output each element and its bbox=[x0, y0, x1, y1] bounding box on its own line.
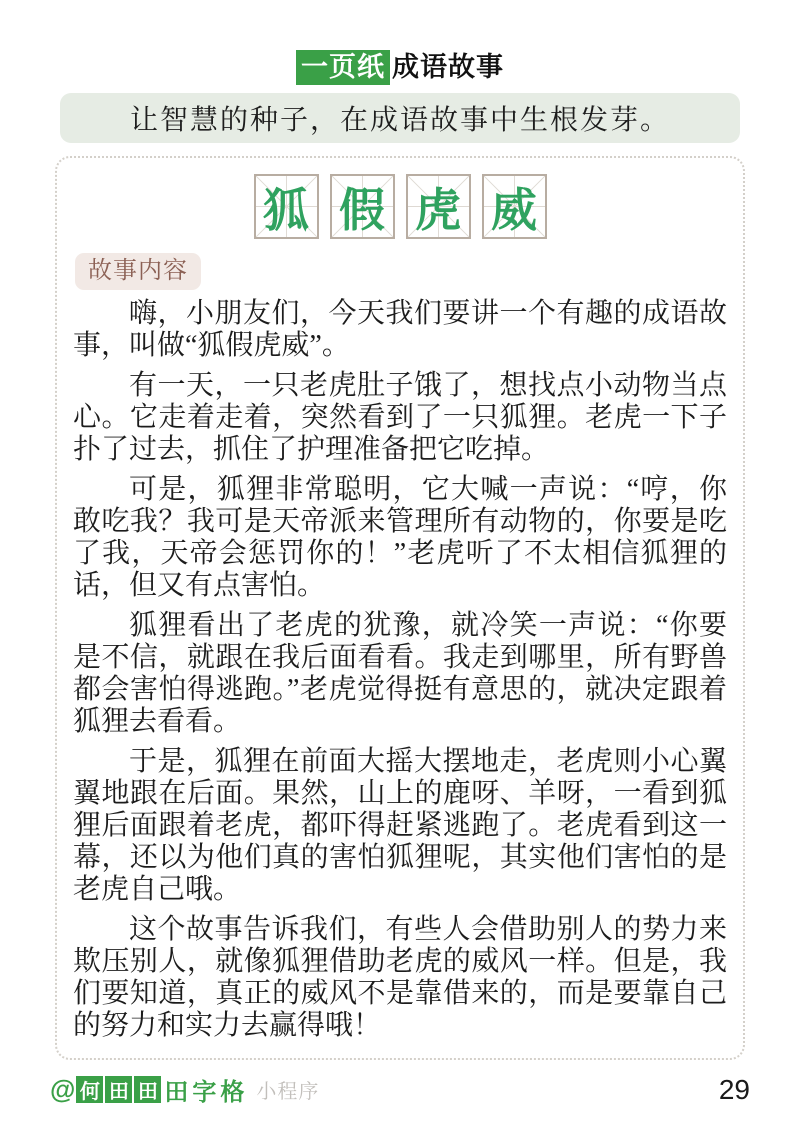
page-title-highlight-badge: 一页纸 bbox=[296, 50, 390, 85]
brand-boxed-char: 田 bbox=[134, 1076, 161, 1103]
brand-name: 田字格 bbox=[164, 1072, 248, 1107]
brand-boxed-char: 何 bbox=[76, 1076, 103, 1103]
idiom-char: 假 bbox=[332, 176, 393, 237]
story-paragraph: 嗨，小朋友们，今天我们要讲一个有趣的成语故事，叫做“狐假虎威”。 bbox=[73, 298, 727, 362]
idiom-title-grid: 狐 假 虎 威 bbox=[73, 174, 727, 239]
miniprogram-tag: 小程序 bbox=[256, 1075, 319, 1104]
slogan-banner: 让智慧的种子，在成语故事中生根发芽。 bbox=[60, 93, 740, 143]
page-title: 一页纸成语故事 bbox=[0, 50, 800, 84]
page-title-text: 成语故事 bbox=[392, 52, 504, 82]
idiom-char: 狐 bbox=[256, 176, 317, 237]
brand-logo: @ 何 田 田 田字格 小程序 bbox=[50, 1072, 319, 1107]
brand-boxed-char: 田 bbox=[105, 1076, 132, 1103]
page-footer: @ 何 田 田 田字格 小程序 29 bbox=[50, 1072, 750, 1107]
story-paragraph: 这个故事告诉我们，有些人会借助别人的势力来欺压别人，就像狐狸借助老虎的威风一样。… bbox=[73, 914, 727, 1042]
mizige-box: 威 bbox=[482, 174, 547, 239]
mizige-box: 虎 bbox=[406, 174, 471, 239]
brand-boxed-chars: 何 田 田 bbox=[76, 1076, 161, 1103]
idiom-char: 威 bbox=[484, 176, 545, 237]
at-symbol: @ bbox=[50, 1074, 75, 1105]
mizige-box: 狐 bbox=[254, 174, 319, 239]
slogan-text: 让智慧的种子，在成语故事中生根发芽。 bbox=[130, 98, 670, 138]
story-paragraph: 可是，狐狸非常聪明，它大喊一声说：“哼，你敢吃我？我可是天帝派来管理所有动物的，… bbox=[73, 474, 727, 602]
story-paragraph: 有一天，一只老虎肚子饿了，想找点小动物当点心。它走着走着，突然看到了一只狐狸。老… bbox=[73, 370, 727, 466]
idiom-char: 虎 bbox=[408, 176, 469, 237]
story-paragraph: 于是，狐狸在前面大摇大摆地走，老虎则小心翼翼地跟在后面。果然，山上的鹿呀、羊呀，… bbox=[73, 746, 727, 906]
story-text: 嗨，小朋友们，今天我们要讲一个有趣的成语故事，叫做“狐假虎威”。 有一天，一只老… bbox=[73, 298, 727, 1042]
mizige-box: 假 bbox=[330, 174, 395, 239]
page-number: 29 bbox=[719, 1074, 750, 1106]
story-paragraph: 狐狸看出了老虎的犹豫，就冷笑一声说：“你要是不信，就跟在我后面看看。我走到哪里，… bbox=[73, 610, 727, 738]
section-label-pill: 故事内容 bbox=[75, 253, 201, 290]
story-card: 狐 假 虎 威 故事内容 嗨，小朋友们，今天我们要讲一个有趣的成语故事，叫做“狐… bbox=[55, 156, 745, 1060]
